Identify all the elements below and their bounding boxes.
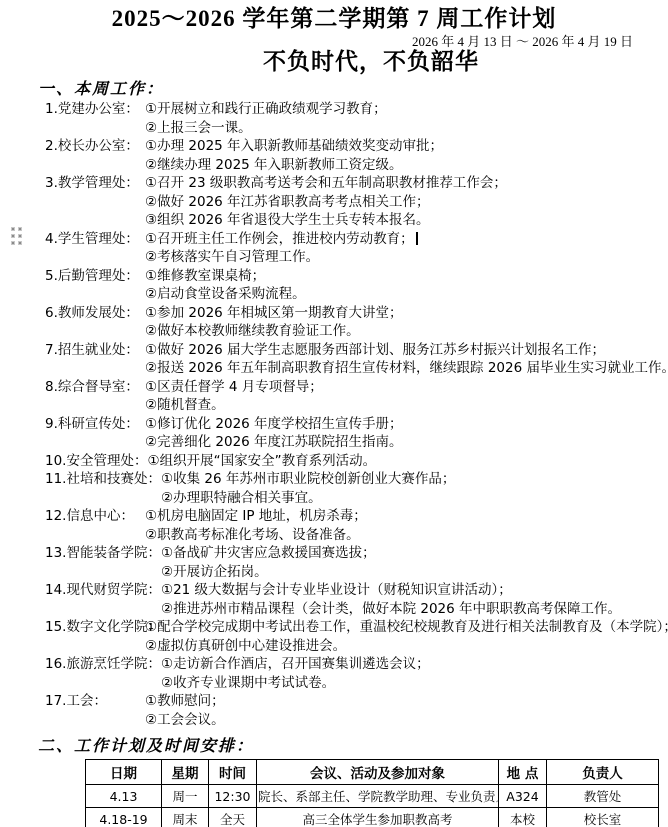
task-line[interactable]: ①办理 2025 年入职新教师基础绩效奖变动审批；	[145, 137, 668, 156]
task-line[interactable]: ②开展访企拓岗。	[161, 563, 668, 582]
task-line[interactable]: ①区责任督学 4 月专项督导；	[145, 378, 668, 397]
work-item[interactable]: 1.党建办公室：①开展树立和践行正确政绩观学习教育；②上报三会一课。	[45, 100, 668, 137]
task-text: ②随机督查。	[145, 397, 225, 413]
task-text: ②启动食堂设备采购流程。	[145, 286, 306, 302]
work-item[interactable]: 14.现代财贸学院：①21 级大数据与会计专业毕业设计（财税知识宣讲活动）；②推…	[45, 581, 668, 618]
schedule-header-cell: 负责人	[547, 760, 659, 785]
task-line[interactable]: ①维修教室课桌椅；	[145, 267, 668, 286]
task-line[interactable]: ②虚拟仿真研创中心建设推进会。	[145, 637, 668, 656]
task-text: ①收集 26 年苏州市职业院校创新创业大赛作品；	[161, 471, 455, 487]
schedule-cell[interactable]: 校长室	[547, 808, 659, 827]
department-label[interactable]: 7.招生就业处：	[45, 341, 145, 360]
department-label[interactable]: 8.综合督导室：	[45, 378, 145, 397]
task-line[interactable]: ①21 级大数据与会计专业毕业设计（财税知识宣讲活动）；	[161, 581, 668, 600]
work-item[interactable]: 8.综合督导室：①区责任督学 4 月专项督导；②随机督查。	[45, 378, 668, 415]
department-label[interactable]: 9.科研宣传处：	[45, 415, 145, 434]
task-text: ①组织开展“国家安全”教育系列活动。	[147, 453, 376, 469]
task-text: ②开展访企拓岗。	[161, 564, 268, 580]
work-item[interactable]: 11.社培和技赛处：①收集 26 年苏州市职业院校创新创业大赛作品；②办理职特融…	[45, 470, 668, 507]
department-label[interactable]: 13.智能装备学院：	[45, 544, 161, 563]
schedule-table-head-row: 日期星期时间会议、活动及参加对象地 点负责人	[86, 760, 659, 785]
task-text: ①机房电脑固定 IP 地址，机房杀毒；	[145, 508, 367, 524]
task-text: ①参加 2026 年相城区第一期教育大讲堂；	[145, 305, 403, 321]
task-text: ③组织 2026 年省退役大学生士兵专转本报名。	[145, 212, 430, 228]
task-text: ②完善细化 2026 年度江苏联院招生指南。	[145, 434, 403, 450]
work-item[interactable]: 12.信息中心：①机房电脑固定 IP 地址，机房杀毒；②职教高考标准化考场、设备…	[45, 507, 668, 544]
department-label[interactable]: 16.旅游烹饪学院：	[45, 655, 161, 674]
work-item[interactable]: 13.智能装备学院：①备战矿井灾害应急救援国赛选拔；②开展访企拓岗。	[45, 544, 668, 581]
department-label[interactable]: 10.安全管理处：	[45, 452, 147, 471]
task-text: ①召开班主任工作例会，推进校内劳动教育；	[145, 231, 414, 247]
task-text: ②考核落实午自习管理工作。	[145, 249, 319, 265]
task-line[interactable]: ②继续办理 2025 年入职新教师工资定级。	[145, 156, 668, 175]
department-label[interactable]: 14.现代财贸学院：	[45, 581, 161, 600]
schedule-cell[interactable]: 4.18-19	[86, 808, 162, 827]
week-work-list[interactable]: 1.党建办公室：①开展树立和践行正确政绩观学习教育；②上报三会一课。2.校长办公…	[45, 100, 668, 729]
task-line[interactable]: ②工会会议。	[145, 711, 668, 730]
task-text: ②推进苏州市精品课程（会计类，做好本院 2026 年中职职教高考保障工作。	[161, 601, 621, 617]
work-item[interactable]: 2.校长办公室：①办理 2025 年入职新教师基础绩效奖变动审批；②继续办理 2…	[45, 137, 668, 174]
task-text: ①召开 23 级职教高考送考会和五年制高职教材推荐工作会；	[145, 175, 507, 191]
task-text: ①维修教室课桌椅；	[145, 268, 265, 284]
work-item[interactable]: 9.科研宣传处：①修订优化 2026 年度学校招生宣传手册；②完善细化 2026…	[45, 415, 668, 452]
task-text: ②上报三会一课。	[145, 120, 252, 136]
task-line[interactable]: ②上报三会一课。	[145, 119, 668, 138]
task-text: ②虚拟仿真研创中心建设推进会。	[145, 638, 346, 654]
task-text: ②做好本校教师继续教育验证工作。	[145, 323, 360, 339]
schedule-header-cell: 会议、活动及参加对象	[257, 760, 499, 785]
schedule-cell[interactable]: 本校	[499, 808, 547, 827]
task-text: ①21 级大数据与会计专业毕业设计（财税知识宣讲活动）；	[161, 582, 512, 598]
schedule-table-body: 4.13周一12:30院长、系部主任、学院教学助理、专业负责人A324教管处4.…	[86, 785, 659, 827]
drag-handle-dot	[18, 227, 22, 231]
task-text: ①做好 2026 届大学生志愿服务西部计划、服务江苏乡村振兴计划报名工作；	[145, 342, 605, 358]
task-line[interactable]: ①参加 2026 年相城区第一期教育大讲堂；	[145, 304, 668, 323]
task-line[interactable]: ①备战矿井灾害应急救援国赛选拔；	[161, 544, 668, 563]
task-text: ②职教高考标准化考场、设备准备。	[145, 527, 360, 543]
date-range[interactable]: 2026 年 4 月 13 日 ～ 2026 年 4 月 19 日	[0, 34, 668, 49]
task-line[interactable]: ②推进苏州市精品课程（会计类，做好本院 2026 年中职职教高考保障工作。	[161, 600, 668, 619]
department-label[interactable]: 11.社培和技赛处：	[45, 470, 161, 489]
department-label[interactable]: 12.信息中心：	[45, 507, 145, 526]
task-line[interactable]: ①组织开展“国家安全”教育系列活动。	[147, 452, 668, 471]
task-line[interactable]: ②职教高考标准化考场、设备准备。	[145, 526, 668, 545]
task-line[interactable]: ①走访新合作酒店，召开国赛集训遴选会议；	[161, 655, 668, 674]
schedule-cell[interactable]: 周一	[162, 785, 209, 808]
schedule-cell[interactable]: 全天	[209, 808, 257, 827]
task-line[interactable]: ②考核落实午自习管理工作。	[145, 248, 668, 267]
work-item[interactable]: 3.教学管理处：①召开 23 级职教高考送考会和五年制高职教材推荐工作会；②做好…	[45, 174, 668, 230]
task-text: ①配合学校完成期中考试出卷工作，重温校纪校规教育及进行相关法制教育及（本学院）；	[145, 619, 668, 635]
schedule-cell[interactable]: 周末	[162, 808, 209, 827]
task-line[interactable]: ①开展树立和践行正确政绩观学习教育；	[145, 100, 668, 119]
task-line[interactable]: ①教师慰问；	[145, 692, 668, 711]
department-label[interactable]: 5.后勤管理处：	[45, 267, 145, 286]
department-label[interactable]: 15.数字文化学院：	[45, 618, 145, 637]
task-text: ②做好 2026 年江苏省职教高考考点相关工作；	[145, 194, 430, 210]
schedule-row: 4.13周一12:30院长、系部主任、学院教学助理、专业负责人A324教管处	[86, 785, 659, 808]
department-label[interactable]: 1.党建办公室：	[45, 100, 145, 119]
page-subtitle[interactable]: 不负时代，不负韶华	[263, 49, 479, 75]
schedule-header-cell: 时间	[209, 760, 257, 785]
department-label[interactable]: 6.教师发展处：	[45, 304, 145, 323]
task-line[interactable]: ①机房电脑固定 IP 地址，机房杀毒；	[145, 507, 668, 526]
document-page[interactable]: 2025～2026 学年第二学期第 7 周工作计划 2026 年 4 月 13 …	[0, 0, 668, 827]
task-line[interactable]: ②办理职特融合相关事宜。	[161, 489, 668, 508]
task-line[interactable]: ②收齐专业课期中考试试卷。	[161, 674, 668, 693]
schedule-table[interactable]: 日期星期时间会议、活动及参加对象地 点负责人 4.13周一12:30院长、系部主…	[85, 759, 659, 827]
department-label[interactable]: 4.学生管理处：	[45, 230, 145, 249]
task-line[interactable]: ①配合学校完成期中考试出卷工作，重温校纪校规教育及进行相关法制教育及（本学院）；	[145, 618, 668, 637]
schedule-cell[interactable]: 4.13	[86, 785, 162, 808]
schedule-cell[interactable]: 院长、系部主任、学院教学助理、专业负责人	[257, 785, 499, 808]
drag-handle-dot	[11, 241, 15, 245]
task-line[interactable]: ③组织 2026 年省退役大学生士兵专转本报名。	[145, 211, 668, 230]
task-text: ①开展树立和践行正确政绩观学习教育；	[145, 101, 387, 117]
task-text: ②办理职特融合相关事宜。	[161, 490, 322, 506]
task-text: ①走访新合作酒店，召开国赛集训遴选会议；	[161, 656, 430, 672]
task-line[interactable]: ①修订优化 2026 年度学校招生宣传手册；	[145, 415, 668, 434]
task-line[interactable]: ①召开班主任工作例会，推进校内劳动教育；	[145, 230, 668, 249]
schedule-cell[interactable]: 教管处	[547, 785, 659, 808]
section-schedule-heading[interactable]: 二、工作计划及时间安排：	[38, 737, 668, 755]
task-line[interactable]: ①收集 26 年苏州市职业院校创新创业大赛作品；	[161, 470, 668, 489]
task-text: ②继续办理 2025 年入职新教师工资定级。	[145, 157, 403, 173]
work-item[interactable]: 17.工会：①教师慰问；②工会会议。	[45, 692, 668, 729]
task-line[interactable]: ②报送 2026 年五年制高职教育招生宣传材料，继续跟踪 2026 届毕业生实习…	[145, 359, 668, 378]
schedule-header-cell: 日期	[86, 760, 162, 785]
work-item[interactable]: 4.学生管理处：①召开班主任工作例会，推进校内劳动教育；②考核落实午自习管理工作…	[45, 230, 668, 267]
task-line[interactable]: ①做好 2026 届大学生志愿服务西部计划、服务江苏乡村振兴计划报名工作；	[145, 341, 668, 360]
schedule-header-cell: 星期	[162, 760, 209, 785]
task-text: ①办理 2025 年入职新教师基础绩效奖变动审批；	[145, 138, 443, 154]
schedule-cell[interactable]: 高三全体学生参加职教高考	[257, 808, 499, 827]
work-item[interactable]: 10.安全管理处：①组织开展“国家安全”教育系列活动。	[45, 452, 668, 471]
task-text: ②工会会议。	[145, 712, 225, 728]
task-line[interactable]: ②完善细化 2026 年度江苏联院招生指南。	[145, 433, 668, 452]
page-title[interactable]: 2025～2026 学年第二学期第 7 周工作计划	[0, 4, 668, 34]
work-item[interactable]: 5.后勤管理处：①维修教室课桌椅；②启动食堂设备采购流程。	[45, 267, 668, 304]
task-text: ②报送 2026 年五年制高职教育招生宣传材料，继续跟踪 2026 届毕业生实习…	[145, 360, 668, 376]
drag-handle-dot	[11, 234, 15, 238]
department-label[interactable]: 2.校长办公室：	[45, 137, 145, 156]
task-text: ②收齐专业课期中考试试卷。	[161, 675, 335, 691]
work-item[interactable]: 7.招生就业处：①做好 2026 届大学生志愿服务西部计划、服务江苏乡村振兴计划…	[45, 341, 668, 378]
task-line[interactable]: ②做好 2026 年江苏省职教高考考点相关工作；	[145, 193, 668, 212]
task-line[interactable]: ①召开 23 级职教高考送考会和五年制高职教材推荐工作会；	[145, 174, 668, 193]
section-week-work-heading[interactable]: 一、本周工作：	[38, 79, 668, 98]
drag-handle-dot	[18, 241, 22, 245]
task-line[interactable]: ②随机督查。	[145, 396, 668, 415]
work-item[interactable]: 6.教师发展处：①参加 2026 年相城区第一期教育大讲堂；②做好本校教师继续教…	[45, 304, 668, 341]
schedule-header-cell: 地 点	[499, 760, 547, 785]
department-label[interactable]: 17.工会：	[45, 692, 145, 711]
schedule-cell[interactable]: 12:30	[209, 785, 257, 808]
task-text: ①区责任督学 4 月专项督导；	[145, 379, 323, 395]
work-item[interactable]: 15.数字文化学院：①配合学校完成期中考试出卷工作，重温校纪校规教育及进行相关法…	[45, 618, 668, 655]
task-text: ①备战矿井灾害应急救援国赛选拔；	[161, 545, 376, 561]
department-label[interactable]: 3.教学管理处：	[45, 174, 145, 193]
drag-handle-dot	[11, 227, 15, 231]
schedule-row: 4.18-19周末全天高三全体学生参加职教高考本校校长室	[86, 808, 659, 827]
task-line[interactable]: ②启动食堂设备采购流程。	[145, 285, 668, 304]
task-line[interactable]: ②做好本校教师继续教育验证工作。	[145, 322, 668, 341]
drag-handle-icon[interactable]	[11, 227, 23, 246]
work-item[interactable]: 16.旅游烹饪学院：①走访新合作酒店，召开国赛集训遴选会议；②收齐专业课期中考试…	[45, 655, 668, 692]
drag-handle-dot	[18, 234, 22, 238]
schedule-cell[interactable]: A324	[499, 785, 547, 808]
task-text: ①教师慰问；	[145, 693, 225, 709]
text-caret	[416, 232, 418, 245]
task-text: ①修订优化 2026 年度学校招生宣传手册；	[145, 416, 403, 432]
